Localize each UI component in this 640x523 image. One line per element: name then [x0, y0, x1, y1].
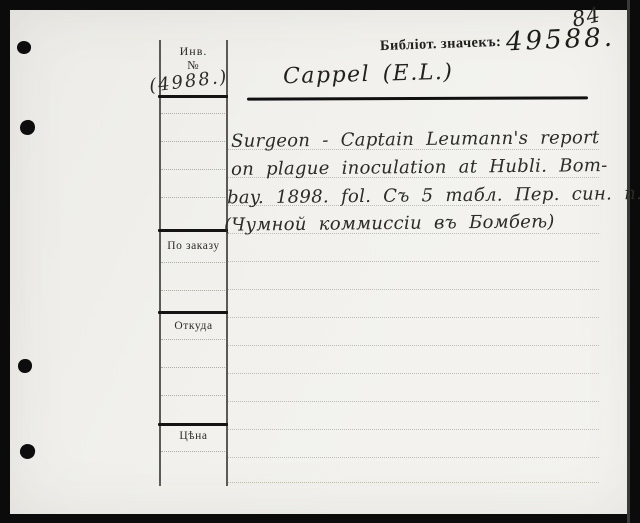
- column-dotted-line: [161, 339, 225, 340]
- ruled-line: [228, 482, 599, 483]
- column-dotted-line: [161, 262, 225, 263]
- column-dotted-line: [161, 141, 225, 142]
- ruled-line: [228, 429, 599, 430]
- ruled-line: [228, 289, 599, 290]
- ruled-line: [228, 457, 599, 458]
- column-left-rule: [159, 40, 161, 486]
- punch-hole: [18, 442, 36, 460]
- catalog-entry-line: Surgeon - Captain Leumann's report: [231, 127, 600, 152]
- column-dotted-line: [161, 290, 225, 291]
- library-stamp-label: Библіот. значекъ:: [380, 34, 502, 55]
- column-dotted-line: [161, 367, 225, 368]
- ruled-line: [228, 373, 599, 374]
- column-dotted-line: [161, 395, 225, 396]
- scanned-catalog-card: Инв. № (4988.) По заказу Откуда Цѣна 84 …: [0, 0, 640, 523]
- scan-border-right: [627, 0, 640, 523]
- column-dotted-line: [161, 197, 225, 198]
- section-divider: [158, 423, 228, 426]
- punch-hole: [19, 119, 36, 136]
- scan-border-left: [0, 0, 10, 523]
- section-label-tsena: Цѣна: [159, 430, 228, 442]
- section-label-otkuda: Откуда: [159, 320, 228, 332]
- catalog-entry-line: bay. 1898. fol. Съ 5 табл. Пер. син. п.-…: [227, 183, 640, 209]
- section-divider: [158, 95, 228, 98]
- ruled-line: [228, 401, 599, 402]
- catalog-entry-line: on plague inoculation at Hubli. Bom-: [231, 155, 608, 180]
- column-right-rule: [226, 40, 228, 486]
- section-divider: [158, 311, 228, 314]
- ruled-line: [228, 261, 599, 262]
- library-stamp-number: 49588.: [505, 23, 615, 58]
- catalog-entry-line: (Чумной коммиссіи въ Бомбеѣ): [224, 211, 555, 235]
- punch-hole: [18, 359, 32, 373]
- column-dotted-line: [161, 451, 225, 452]
- inventory-label-line1: Инв.: [159, 44, 228, 59]
- column-dotted-line: [161, 113, 225, 114]
- ruled-line: [228, 317, 599, 318]
- scan-border-top: [0, 0, 640, 10]
- column-dotted-line: [161, 169, 225, 170]
- ruled-line: [228, 345, 599, 346]
- section-divider: [158, 229, 228, 232]
- scan-border-bottom: [0, 514, 640, 523]
- author-heading: Cappel (E.L.): [283, 60, 454, 89]
- punch-hole: [16, 40, 32, 55]
- heading-underline: [247, 96, 588, 100]
- section-label-po-zakazu: По заказу: [159, 240, 228, 252]
